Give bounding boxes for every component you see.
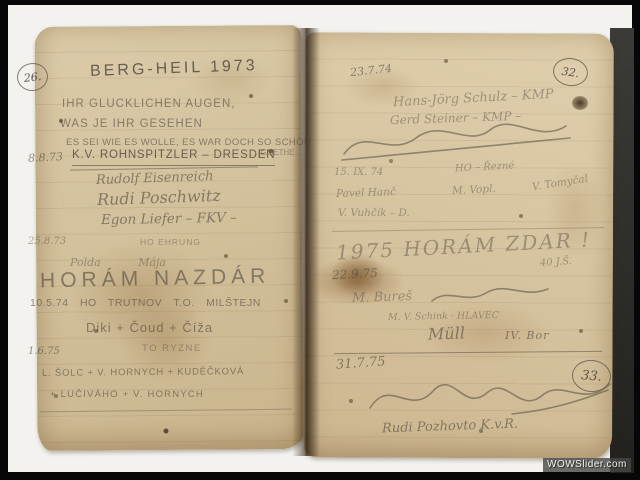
poem-line: ES SEI WIE ES WOLLE, ES WAR DOCH SO SCHÖ… xyxy=(66,138,311,148)
signature-scrawl xyxy=(338,118,578,166)
club-name: K.V. ROHNSPITZLER – DRESDEN xyxy=(72,150,275,166)
entry-names: L. ŠOLC + V. HORNYCH + KUDĚČKOVÁ xyxy=(42,367,244,378)
entry-name: Müll xyxy=(428,325,465,342)
entry-name: Pavel Hanč xyxy=(336,187,396,200)
signature-scrawl xyxy=(362,370,617,422)
poem-line: WAS JE IHR GESEHEN xyxy=(60,119,203,131)
watermark-link[interactable]: WOWSlider.com xyxy=(543,458,631,472)
entry-line: 10.5.74 HO TRUTNOV T.O. MILŠTEJN xyxy=(30,298,261,309)
entry-name: M. Bureš xyxy=(352,290,413,305)
entry-note: HO EHRUNG xyxy=(140,238,201,247)
entry-date: 25.8.73 xyxy=(28,237,66,247)
book-gutter xyxy=(292,28,320,456)
signature-scrawl xyxy=(428,283,553,309)
signature: Egon Liefer – FKV – xyxy=(101,212,237,228)
slider-slide: 26. BERG-HEIL 1973 IHR GLÜCKLICHEN AUGEN… xyxy=(0,0,640,480)
signature: Rudi Poschwitz xyxy=(97,188,221,208)
entry-name: M. V. Schink · HLAVEC xyxy=(388,311,499,322)
paper-specks xyxy=(0,0,2,2)
entry-date: 15. IX. 74 xyxy=(334,168,383,178)
entry-date: 1.6.75 xyxy=(28,347,60,357)
entry-date: 8.8.73 xyxy=(28,151,64,164)
entry-names: + LUČIVÁHO + V. HORNYCH xyxy=(50,390,204,400)
entry-name: M. Vopl. xyxy=(452,184,496,197)
entry-name: V. Vuhčík – D. xyxy=(338,208,410,219)
poem-line: IHR GLÜCKLICHEN AUGEN, xyxy=(62,99,235,111)
entry-note: IV. Bor xyxy=(505,330,549,341)
entry-names: Diki + Čoud + Číža xyxy=(86,321,213,334)
greeting-text: HORÁM NAZDÁR xyxy=(40,266,271,292)
entry-note: TO RYZNE xyxy=(142,344,202,354)
signature: Rudolf Eisenreich xyxy=(96,170,214,187)
entry-date: 22.9.75 xyxy=(332,267,378,281)
